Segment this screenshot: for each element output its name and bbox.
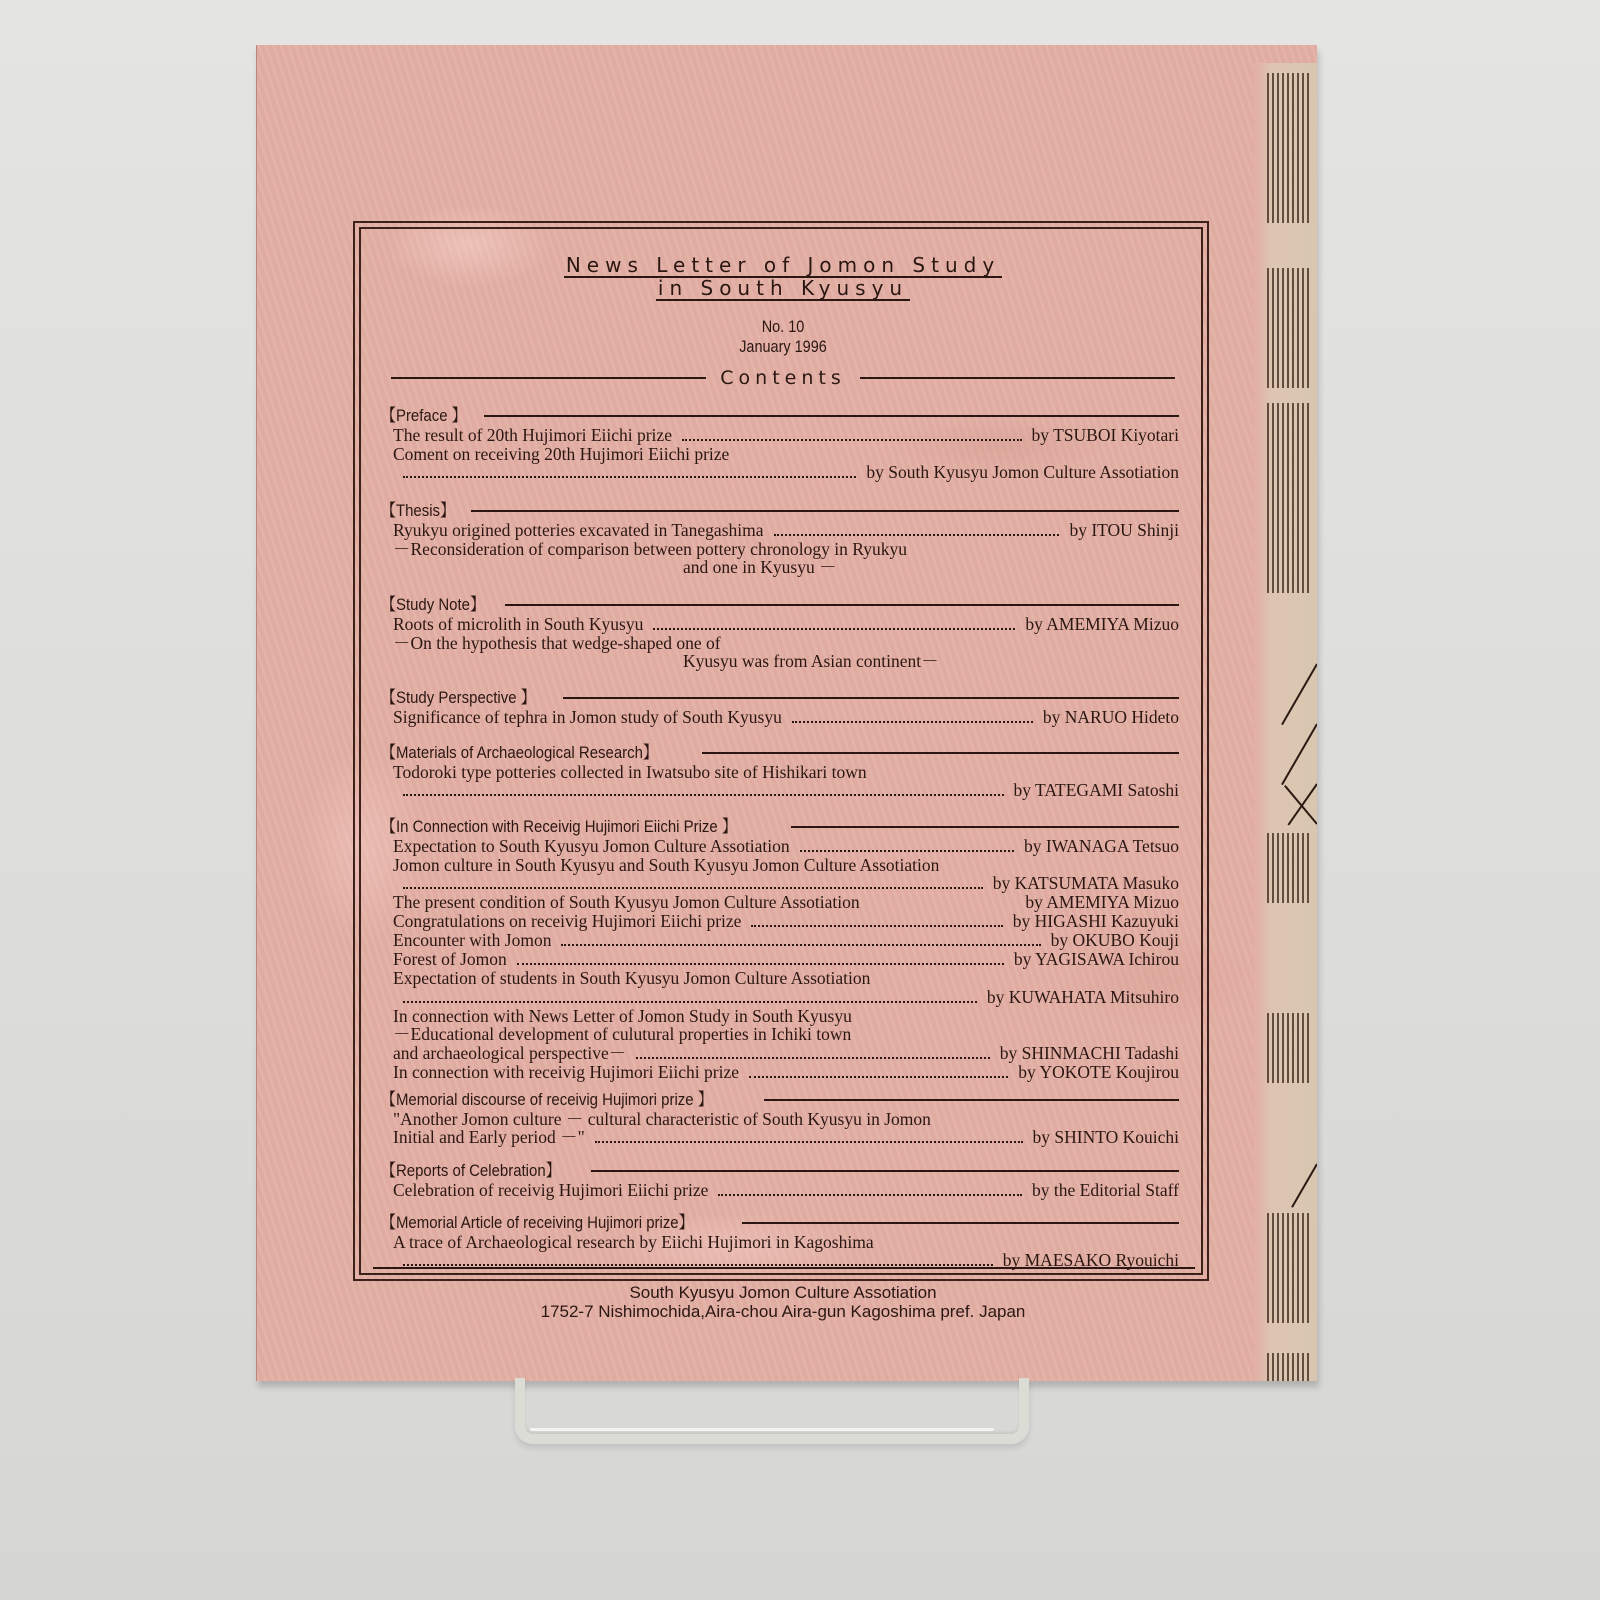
entry-author: by South Kyusyu Jomon Culture Assotiatio… xyxy=(866,463,1179,482)
contents-label: Contents xyxy=(706,367,859,389)
toc-section: 【Study Note】Roots of microlith in South … xyxy=(381,596,1185,671)
toc-entry: "Another Jomon culture － cultural charac… xyxy=(381,1110,1185,1148)
toc-entry: Jomon culture in South Kyusyu and South … xyxy=(381,856,1185,894)
toc-entry: Todoroki type potteries collected in Iwa… xyxy=(381,763,1185,801)
spine-print-pattern xyxy=(1267,1213,1311,1323)
section-heading-rule xyxy=(471,510,1179,512)
dot-leader xyxy=(800,850,1014,852)
toc-section: 【Memorial Article of receiving Hujimori … xyxy=(381,1214,1185,1270)
section-heading-label: 【Preface 】 xyxy=(381,407,467,426)
entry-author: by ITOU Shinji xyxy=(1069,521,1179,540)
footer-divider xyxy=(373,1267,1195,1269)
entry-row: Forest of Jomonby YAGISAWA Ichirou xyxy=(393,950,1179,969)
entry-author-row: Initial and Early period －"by SHINTO Kou… xyxy=(393,1128,1179,1147)
toc-entry: Roots of microlith in South Kyusyuby AME… xyxy=(381,615,1185,671)
toc-entry: In connection with News Letter of Jomon … xyxy=(381,1007,1185,1063)
entry-row: Ryukyu origined potteries excavated in T… xyxy=(393,521,1179,540)
entry-author: by SHINMACHI Tadashi xyxy=(1000,1044,1179,1063)
toc-entry: Encounter with Jomonby OKUBO Kouji xyxy=(381,931,1185,950)
toc-section: 【Reports of Celebration】Celebration of r… xyxy=(381,1162,1185,1200)
entry-title: Coment on receiving 20th Hujimori Eiichi… xyxy=(393,445,1179,464)
entry-author: by YOKOTE Koujirou xyxy=(1018,1063,1179,1082)
spine-slash-mark xyxy=(1291,1164,1317,1208)
entry-author: by AMEMIYA Mizuo xyxy=(1025,893,1179,912)
section-heading-rule xyxy=(484,415,1179,417)
section-heading-label: 【Memorial Article of receiving Hujimori … xyxy=(381,1214,694,1233)
section-heading-label: 【In Connection with Receivig Hujimori Ei… xyxy=(381,818,737,837)
entry-title: In connection with receivig Hujimori Eii… xyxy=(393,1063,739,1082)
dot-leader xyxy=(561,944,1040,946)
section-heading: 【Study Note】 xyxy=(381,596,1185,615)
toc-entry: Expectation to South Kyusyu Jomon Cultur… xyxy=(381,837,1185,856)
dot-leader xyxy=(636,1057,990,1059)
section-heading-rule xyxy=(563,697,1179,699)
toc-entry: Expectation of students in South Kyusyu … xyxy=(381,969,1185,1007)
printed-spine-strip xyxy=(1253,63,1317,1381)
entry-subtitle: －Reconsideration of comparison between p… xyxy=(393,540,1179,559)
divider xyxy=(391,377,706,379)
dot-leader xyxy=(653,628,1015,630)
section-heading: 【Preface 】 xyxy=(381,407,1185,426)
spine-print-pattern xyxy=(1267,833,1311,903)
entry-row: Roots of microlith in South Kyusyuby AME… xyxy=(393,615,1179,634)
spine-print-pattern xyxy=(1267,268,1311,388)
issue-number: No. 10 xyxy=(441,317,1124,337)
entry-author-row: by TATEGAMI Satoshi xyxy=(393,781,1179,800)
dot-leader xyxy=(682,439,1022,441)
entry-title: Encounter with Jomon xyxy=(393,931,551,950)
entry-author: by KUWAHATA Mitsuhiro xyxy=(987,988,1179,1007)
toc-entry: Significance of tephra in Jomon study of… xyxy=(381,708,1185,727)
section-heading-label: 【Study Note】 xyxy=(381,596,485,615)
toc-entry: Celebration of receivig Hujimori Eiichi … xyxy=(381,1181,1185,1200)
entry-title: The result of 20th Hujimori Eiichi prize xyxy=(393,426,672,445)
entry-author: by TSUBOI Kiyotari xyxy=(1032,426,1179,445)
section-heading: 【Memorial Article of receiving Hujimori … xyxy=(381,1214,1185,1233)
entry-author: by YAGISAWA Ichirou xyxy=(1014,950,1179,969)
entry-author: by AMEMIYA Mizuo xyxy=(1025,615,1179,634)
toc-entry: Congratulations on receivig Hujimori Eii… xyxy=(381,912,1185,931)
dot-leader xyxy=(718,1194,1022,1196)
toc-entry: Ryukyu origined potteries excavated in T… xyxy=(381,521,1185,577)
entry-title: Roots of microlith in South Kyusyu xyxy=(393,615,643,634)
spine-print-pattern xyxy=(1267,1013,1311,1083)
entry-row: Congratulations on receivig Hujimori Eii… xyxy=(393,912,1179,931)
section-heading-rule xyxy=(791,826,1179,828)
entry-subtitle: Kyusyu was from Asian continent－ xyxy=(393,652,1179,671)
entry-title: Celebration of receivig Hujimori Eiichi … xyxy=(393,1181,708,1200)
booklet-back-cover: News Letter of Jomon Study in South Kyus… xyxy=(256,45,1317,1381)
dot-leader xyxy=(751,925,1002,927)
issue-date: January 1996 xyxy=(441,337,1124,357)
entry-author-row: by KUWAHATA Mitsuhiro xyxy=(393,988,1179,1007)
entry-author-row: and archaeological perspective－by SHINMA… xyxy=(393,1044,1179,1063)
spine-slash-mark xyxy=(1281,724,1317,786)
entry-author: by OKUBO Kouji xyxy=(1051,931,1179,950)
entry-subtitle: and archaeological perspective－ xyxy=(393,1044,626,1063)
issue-info: No. 10 January 1996 xyxy=(441,317,1124,357)
section-heading-label: 【Study Perspective 】 xyxy=(381,689,536,708)
divider xyxy=(860,377,1175,379)
entry-author: by SHINTO Kouichi xyxy=(1033,1128,1179,1147)
toc-section: 【Thesis】Ryukyu origined potteries excava… xyxy=(381,502,1185,577)
entry-subtitle: －Educational development of culutural pr… xyxy=(393,1025,1179,1044)
toc-section: 【Preface 】The result of 20th Hujimori Ei… xyxy=(381,407,1185,482)
spine-print-pattern xyxy=(1267,403,1311,593)
section-heading: 【In Connection with Receivig Hujimori Ei… xyxy=(381,818,1185,837)
entry-subtitle: －On the hypothesis that wedge-shaped one… xyxy=(393,634,1179,653)
section-heading-label: 【Reports of Celebration】 xyxy=(381,1162,561,1181)
toc-entry: The result of 20th Hujimori Eiichi prize… xyxy=(381,426,1185,445)
entry-row: The present condition of South Kyusyu Jo… xyxy=(393,893,1179,912)
newsletter-title: News Letter of Jomon Study in South Kyus… xyxy=(381,255,1185,301)
toc-section: 【In Connection with Receivig Hujimori Ei… xyxy=(381,818,1185,1082)
dot-leader xyxy=(403,887,983,889)
entry-author: by NARUO Hideto xyxy=(1043,708,1179,727)
toc-section: 【Study Perspective 】Significance of teph… xyxy=(381,689,1185,727)
title-line-2: in South Kyusyu xyxy=(656,278,910,301)
wire-display-stand xyxy=(515,1378,1029,1444)
dot-leader xyxy=(403,1001,977,1003)
section-heading: 【Memorial discourse of receivig Hujimori… xyxy=(381,1091,1185,1110)
section-heading: 【Reports of Celebration】 xyxy=(381,1162,1185,1181)
entry-author-row: by KATSUMATA Masuko xyxy=(393,874,1179,893)
entry-title: The present condition of South Kyusyu Jo… xyxy=(393,893,860,912)
entry-row: In connection with receivig Hujimori Eii… xyxy=(393,1063,1179,1082)
entry-title: Significance of tephra in Jomon study of… xyxy=(393,708,782,727)
section-heading-label: 【Memorial discourse of receivig Hujimori… xyxy=(381,1091,713,1110)
toc-entry: Forest of Jomonby YAGISAWA Ichirou xyxy=(381,950,1185,969)
toc-entry: In connection with receivig Hujimori Eii… xyxy=(381,1063,1185,1082)
entry-title: Expectation to South Kyusyu Jomon Cultur… xyxy=(393,837,790,856)
dot-leader xyxy=(403,476,856,478)
entry-row: Encounter with Jomonby OKUBO Kouji xyxy=(393,931,1179,950)
entry-title: "Another Jomon culture － cultural charac… xyxy=(393,1110,1179,1129)
entry-row: Significance of tephra in Jomon study of… xyxy=(393,708,1179,727)
contents-heading: Contents xyxy=(391,367,1175,389)
section-heading: 【Materials of Archaeological Research】 xyxy=(381,744,1185,763)
dot-leader xyxy=(403,794,1004,796)
entry-author: by HIGASHI Kazuyuki xyxy=(1013,912,1179,931)
dot-leader xyxy=(517,963,1004,965)
title-line-1: News Letter of Jomon Study xyxy=(564,255,1002,278)
publisher-address: 1752-7 Nishimochida,Aira-chou Aira-gun K… xyxy=(381,1302,1185,1321)
section-heading-rule xyxy=(591,1170,1179,1172)
entry-author: by TATEGAMI Satoshi xyxy=(1014,781,1180,800)
toc-entry: Coment on receiving 20th Hujimori Eiichi… xyxy=(381,445,1185,483)
entry-title: Forest of Jomon xyxy=(393,950,507,969)
section-heading-label: 【Thesis】 xyxy=(381,502,455,521)
dot-leader xyxy=(595,1141,1023,1143)
section-heading-rule xyxy=(702,752,1179,754)
publisher-info: South Kyusyu Jomon Culture Assotiation 1… xyxy=(381,1283,1185,1321)
entry-row: The result of 20th Hujimori Eiichi prize… xyxy=(393,426,1179,445)
entry-title: Jomon culture in South Kyusyu and South … xyxy=(393,856,1179,875)
entry-author: by IWANAGA Tetsuo xyxy=(1024,837,1179,856)
entry-row: Celebration of receivig Hujimori Eiichi … xyxy=(393,1181,1179,1200)
entry-author: by KATSUMATA Masuko xyxy=(993,874,1179,893)
entry-title: In connection with News Letter of Jomon … xyxy=(393,1007,1179,1026)
entry-title: Expectation of students in South Kyusyu … xyxy=(393,969,1179,988)
toc-entry: A trace of Archaeological research by Ei… xyxy=(381,1233,1185,1271)
entry-author: by the Editorial Staff xyxy=(1032,1181,1179,1200)
dot-leader xyxy=(792,721,1033,723)
section-heading-rule xyxy=(764,1099,1179,1101)
dot-leader xyxy=(749,1076,1008,1078)
entry-subtitle: Initial and Early period －" xyxy=(393,1128,585,1147)
section-heading: 【Study Perspective 】 xyxy=(381,689,1185,708)
entry-title: Todoroki type potteries collected in Iwa… xyxy=(393,763,1179,782)
entry-row: Expectation to South Kyusyu Jomon Cultur… xyxy=(393,837,1179,856)
publisher-name: South Kyusyu Jomon Culture Assotiation xyxy=(381,1283,1185,1302)
entry-title: Congratulations on receivig Hujimori Eii… xyxy=(393,912,741,931)
toc-section: 【Materials of Archaeological Research】To… xyxy=(381,744,1185,800)
dot-leader xyxy=(403,1264,993,1266)
contents-frame: News Letter of Jomon Study in South Kyus… xyxy=(353,221,1209,1281)
entry-author-row: by South Kyusyu Jomon Culture Assotiatio… xyxy=(393,463,1179,482)
spine-print-pattern xyxy=(1267,73,1311,223)
stand-highlight xyxy=(530,1428,994,1431)
section-heading-rule xyxy=(505,604,1179,606)
section-heading-label: 【Materials of Archaeological Research】 xyxy=(381,744,658,763)
entry-subtitle: and one in Kyusyu － xyxy=(393,558,1179,577)
spine-print-pattern xyxy=(1267,1353,1311,1381)
entry-title: Ryukyu origined potteries excavated in T… xyxy=(393,521,764,540)
section-heading-rule xyxy=(742,1222,1179,1224)
spine-slash-mark xyxy=(1281,664,1317,726)
dot-leader xyxy=(774,534,1060,536)
section-heading: 【Thesis】 xyxy=(381,502,1185,521)
toc-section: 【Memorial discourse of receivig Hujimori… xyxy=(381,1091,1185,1147)
entry-title: A trace of Archaeological research by Ei… xyxy=(393,1233,1179,1252)
toc-entry: The present condition of South Kyusyu Jo… xyxy=(381,893,1185,912)
